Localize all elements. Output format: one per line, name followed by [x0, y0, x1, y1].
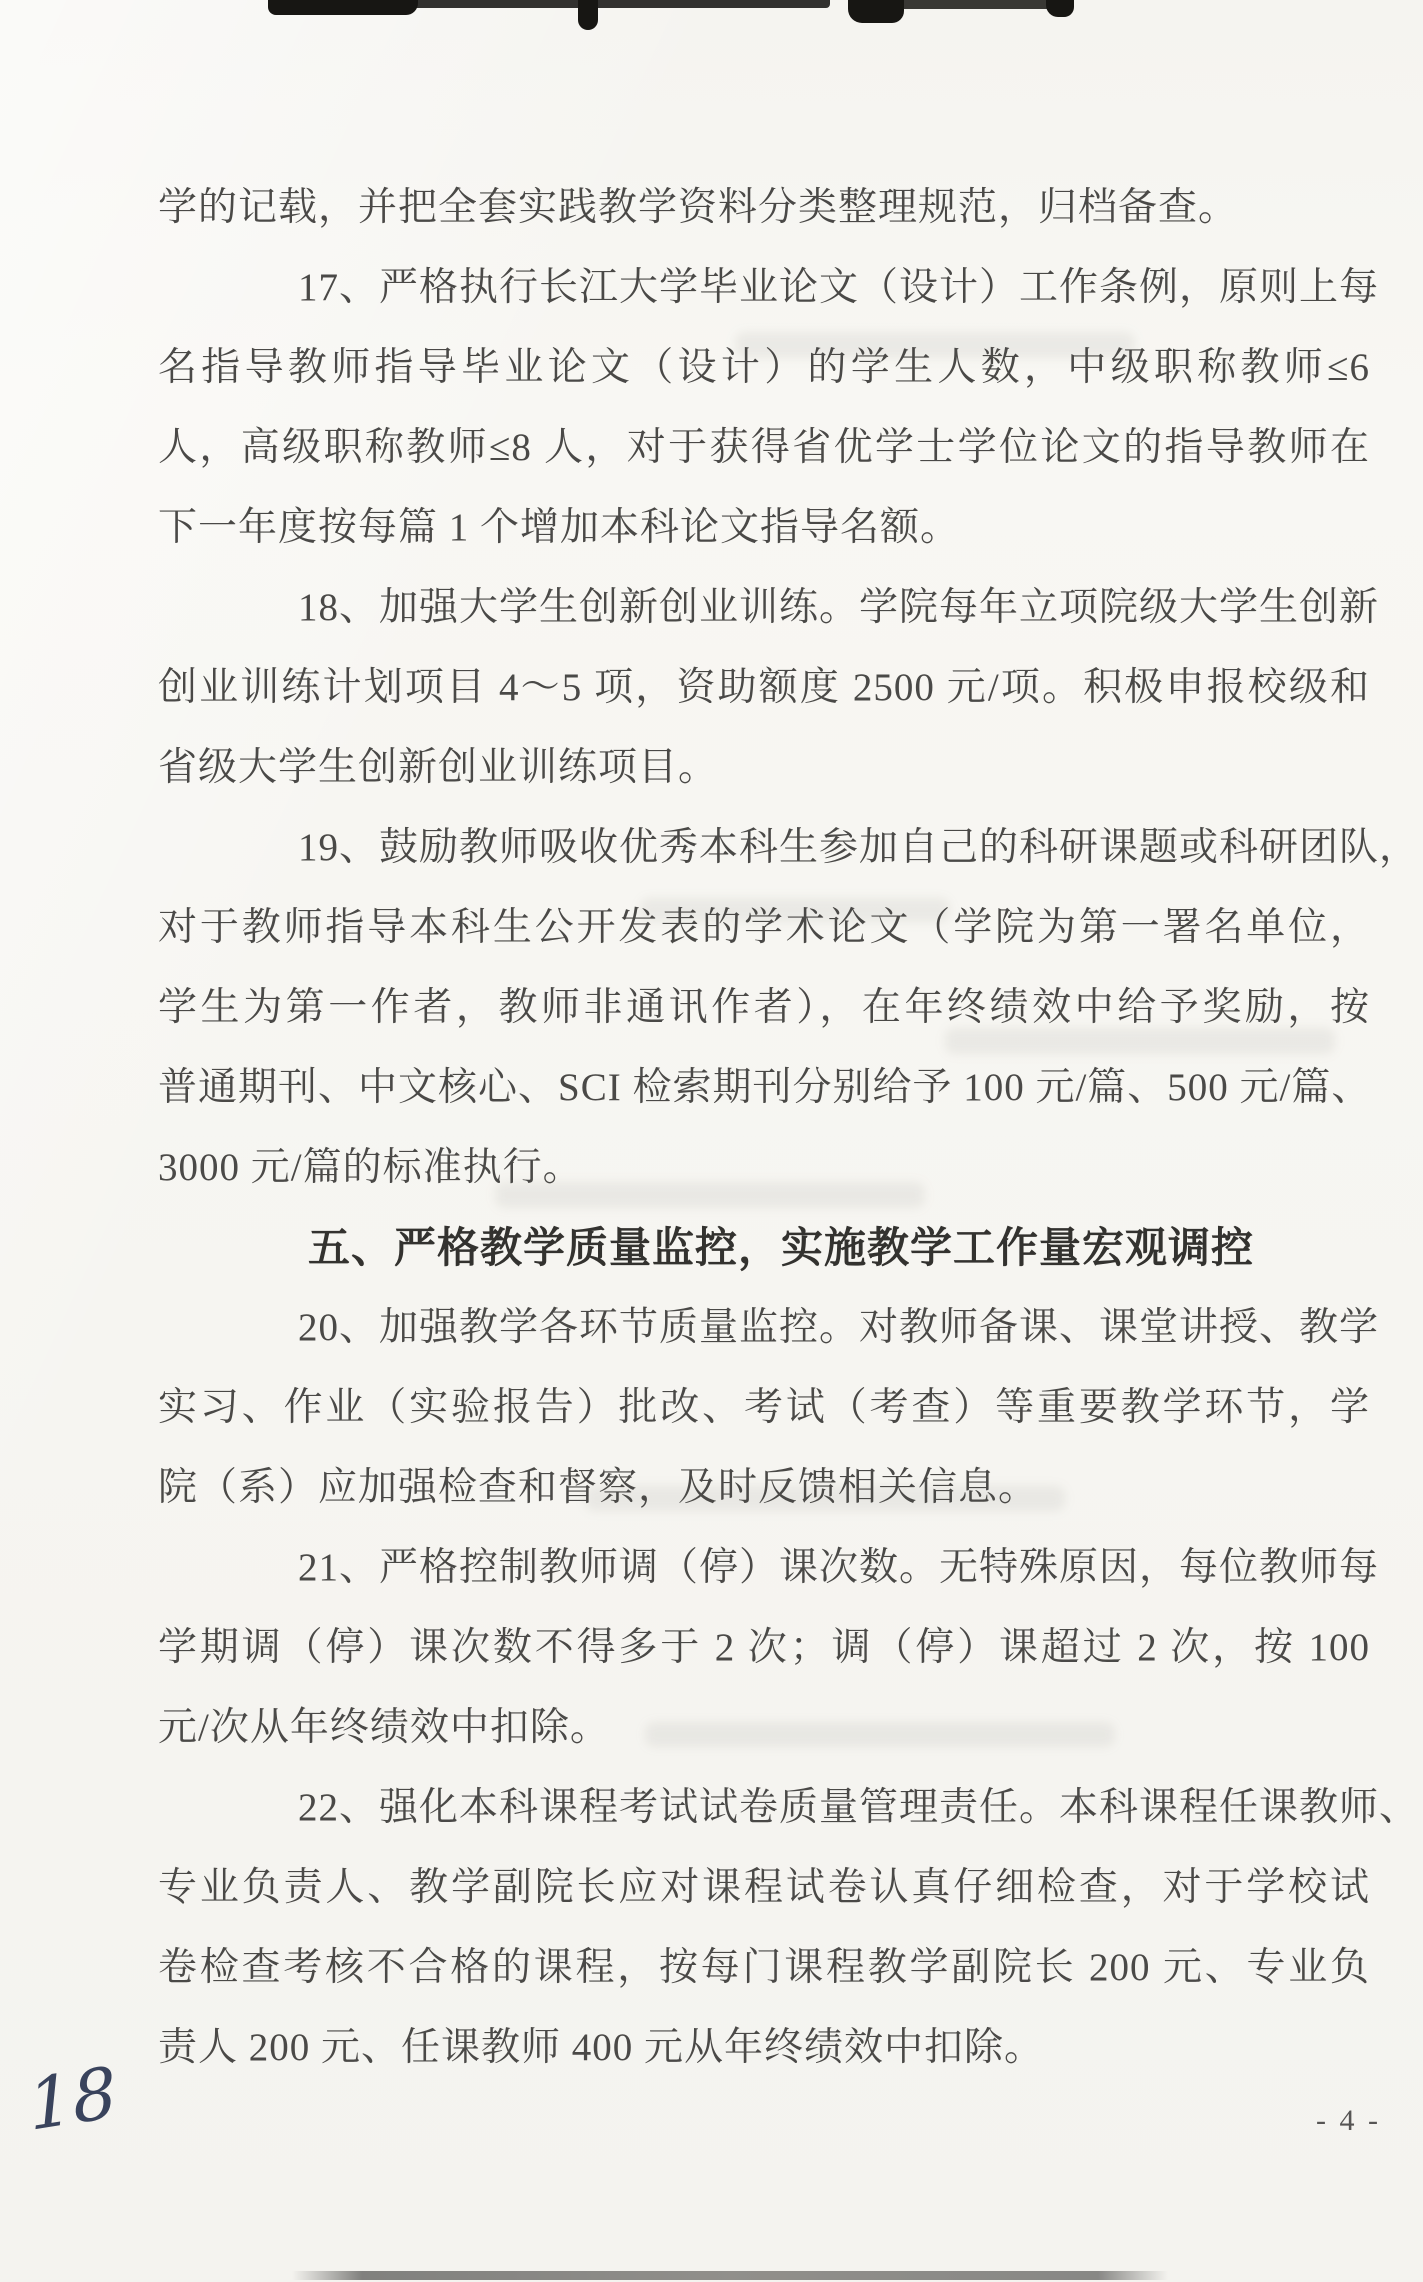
text-line: 普通期刊、中文核心、SCI 检索期刊分别给予 100 元/篇、500 元/篇、: [158, 1048, 1370, 1128]
paragraph-item-22: 22、强化本科课程考试试卷质量管理责任。本科课程任课教师、 专业负责人、教学副院…: [158, 1768, 1370, 2088]
scan-blob: [268, 0, 418, 15]
text-line: 省级大学生创新创业训练项目。: [158, 728, 1370, 808]
paragraph-item-17: 17、严格执行长江大学毕业论文（设计）工作条例，原则上每 名指导教师指导毕业论文…: [158, 248, 1370, 568]
paragraph-continuation: 学的记载，并把全套实践教学资料分类整理规范，归档备查。: [158, 168, 1370, 248]
text-line: 22、强化本科课程考试试卷质量管理责任。本科课程任课教师、: [158, 1768, 1370, 1848]
text-line: 元/次从年终绩效中扣除。: [158, 1688, 1370, 1768]
text-line: 创业训练计划项目 4～5 项，资助额度 2500 元/项。积极申报校级和: [158, 648, 1370, 728]
text-line: 实习、作业（实验报告）批改、考试（考查）等重要教学环节，学: [158, 1368, 1370, 1448]
handwritten-page-index: 18: [25, 2051, 120, 2147]
text-line: 学生为第一作者，教师非通讯作者），在年终绩效中给予奖励，按: [158, 968, 1370, 1048]
scan-blob: [410, 0, 830, 8]
paragraph-item-20: 20、加强教学各环节质量监控。对教师备课、课堂讲授、教学 实习、作业（实验报告）…: [158, 1288, 1370, 1528]
scan-blob: [900, 0, 1062, 9]
scan-blob: [1046, 0, 1074, 17]
text-line: 20、加强教学各环节质量监控。对教师备课、课堂讲授、教学: [158, 1288, 1370, 1368]
text-line: 3000 元/篇的标准执行。: [158, 1128, 1370, 1208]
section-heading: 五、严格教学质量监控，实施教学工作量宏观调控: [158, 1208, 1370, 1288]
text-line: 下一年度按每篇 1 个增加本科论文指导名额。: [158, 488, 1370, 568]
text-line: 17、严格执行长江大学毕业论文（设计）工作条例，原则上每: [158, 248, 1370, 328]
page-number: - 4 -: [1316, 2104, 1381, 2138]
text-line: 19、鼓励教师吸收优秀本科生参加自己的科研课题或科研团队，: [158, 808, 1370, 888]
text-line: 18、加强大学生创新创业训练。学院每年立项院级大学生创新: [158, 568, 1370, 648]
text-line: 名指导教师指导毕业论文（设计）的学生人数，中级职称教师≤6: [158, 328, 1370, 408]
text-line: 人，高级职称教师≤8 人，对于获得省优学士学位论文的指导教师在: [158, 408, 1370, 488]
text-line: 责人 200 元、任课教师 400 元从年终绩效中扣除。: [158, 2008, 1370, 2088]
paragraph-item-21: 21、严格控制教师调（停）课次数。无特殊原因，每位教师每 学期调（停）课次数不得…: [158, 1528, 1370, 1768]
paragraph-item-19: 19、鼓励教师吸收优秀本科生参加自己的科研课题或科研团队， 对于教师指导本科生公…: [158, 808, 1370, 1208]
text-line: 对于教师指导本科生公开发表的学术论文（学院为第一署名单位，: [158, 888, 1370, 968]
text-line: 21、严格控制教师调（停）课次数。无特殊原因，每位教师每: [158, 1528, 1370, 1608]
paragraph-item-18: 18、加强大学生创新创业训练。学院每年立项院级大学生创新 创业训练计划项目 4～…: [158, 568, 1370, 808]
text-line: 卷检查考核不合格的课程，按每门课程教学副院长 200 元、专业负: [158, 1928, 1370, 2008]
text-line: 专业负责人、教学副院长应对课程试卷认真仔细检查，对于学校试: [158, 1848, 1370, 1928]
scan-blob: [578, 0, 598, 30]
document-page: 学的记载，并把全套实践教学资料分类整理规范，归档备查。 17、严格执行长江大学毕…: [0, 0, 1423, 2282]
document-body: 学的记载，并把全套实践教学资料分类整理规范，归档备查。 17、严格执行长江大学毕…: [158, 168, 1370, 2088]
text-line: 学期调（停）课次数不得多于 2 次；调（停）课超过 2 次，按 100: [158, 1608, 1370, 1688]
text-line: 学的记载，并把全套实践教学资料分类整理规范，归档备查。: [158, 168, 1370, 248]
text-line: 院（系）应加强检查和督察，及时反馈相关信息。: [158, 1448, 1370, 1528]
scan-artifact-bottom: [292, 2271, 1168, 2280]
scan-blob: [848, 0, 904, 23]
